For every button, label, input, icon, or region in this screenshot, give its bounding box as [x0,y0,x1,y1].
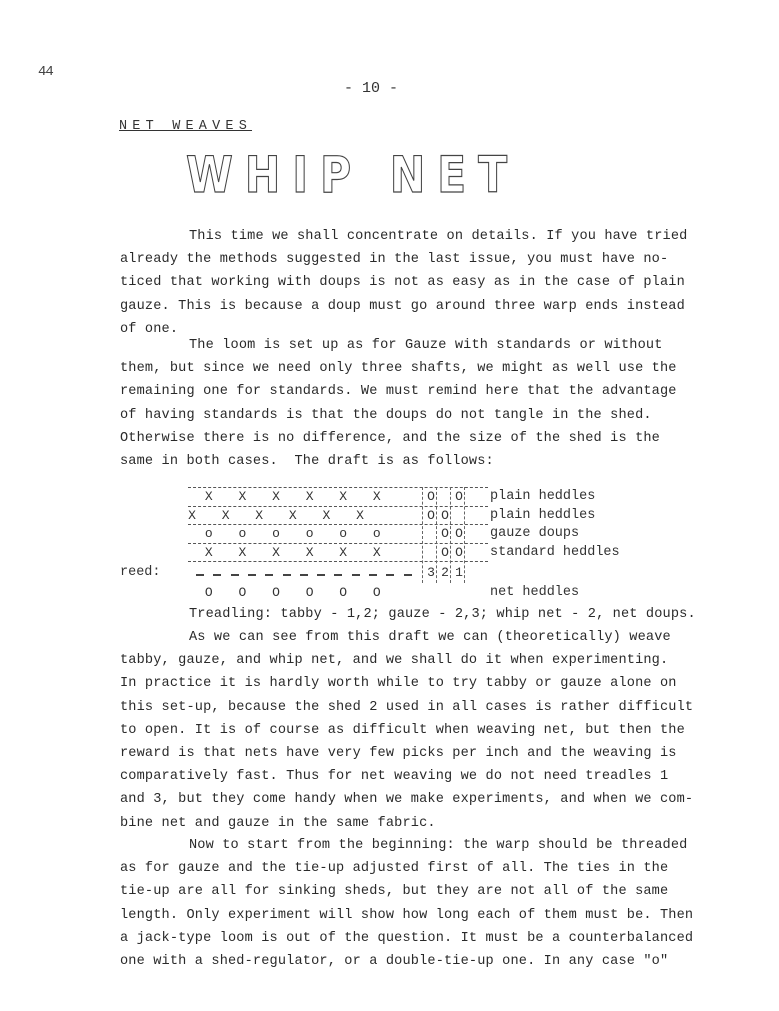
tieup-mark: O [438,526,452,541]
text-line: Now to start from the beginning: the war… [120,834,710,857]
thread-mark: X [252,508,266,523]
thread-mark: X [269,489,283,504]
tieup-mark: O [452,489,466,504]
text-line: The loom is set up as for Gauze with sta… [120,334,710,357]
reed-dent [213,574,221,576]
thread-mark: X [185,508,199,523]
thread-mark: o [202,526,216,541]
paragraph-3: As we can see from this draft we can (th… [120,626,710,835]
thread-mark: X [319,508,333,523]
reed-dent [300,574,308,576]
paragraph-2: The loom is set up as for Gauze with sta… [120,334,710,473]
section-heading: NET WEAVES [119,119,252,134]
draft-rule [188,524,488,525]
reed-dent [248,574,256,576]
reed-dent [386,574,394,576]
thread-mark: X [370,545,384,560]
text-line: to open. It is of course as difficult wh… [120,719,710,742]
tieup-mark: O [424,489,438,504]
thread-mark: X [303,489,317,504]
thread-mark: o [336,526,350,541]
net-heddle-mark: O [235,585,249,600]
thread-mark: X [370,489,384,504]
tieup-mark: O [424,508,438,523]
treadle-number: 2 [438,565,452,580]
reed-dent [283,574,291,576]
thread-mark: o [269,526,283,541]
draft-row-label: gauze doups [490,526,579,541]
reed-dent [196,574,204,576]
thread-mark: X [286,508,300,523]
reed-dent [369,574,377,576]
text-line: bine net and gauze in the same fabric. [120,812,710,835]
text-line: This time we shall concentrate on detail… [120,225,710,248]
treadle-number: 1 [452,565,466,580]
thread-mark: X [336,489,350,504]
page-number: - 10 - [344,80,398,97]
draft-rule [188,561,488,562]
text-line: already the methods suggested in the las… [120,248,710,271]
draft-rule [188,506,488,507]
net-heddle-mark: O [202,585,216,600]
draft-row-label: plain heddles [490,489,595,504]
net-heddle-mark: O [370,585,384,600]
text-line: them, but since we need only three shaft… [120,357,710,380]
text-line: same in both cases. The draft is as foll… [120,450,710,473]
text-line: as for gauze and the tie-up adjusted fir… [120,857,710,880]
article-title: WHIP NET [186,146,519,204]
reed-dent [352,574,360,576]
text-line: remaining one for standards. We must rem… [120,380,710,403]
thread-mark: X [202,545,216,560]
text-line: of having standards is that the doups do… [120,404,710,427]
net-heddle-mark: O [336,585,350,600]
text-line: gauze. This is because a doup must go ar… [120,295,710,318]
reed-dent [231,574,239,576]
text-line: this set-up, because the shed 2 used in … [120,696,710,719]
thread-mark: X [353,508,367,523]
thread-mark: X [219,508,233,523]
draft-row-label: net heddles [490,585,579,600]
treadle-number: 3 [424,565,438,580]
tieup-mark: O [438,545,452,560]
tieup-divider [422,487,423,583]
thread-mark: X [269,545,283,560]
reed-dent [334,574,342,576]
threading-draft: XXXXXXOOplain heddlesXXXXXXOOplain heddl… [120,487,680,597]
reed-dent [317,574,325,576]
thread-mark: X [235,545,249,560]
text-line: tie-up are all for sinking sheds, but th… [120,880,710,903]
text-line: length. Only experiment will show how lo… [120,904,710,927]
text-line: ticed that working with doups is not as … [120,271,710,294]
thread-mark: o [235,526,249,541]
draft-row-label: standard heddles [490,545,620,560]
text-line: As we can see from this draft we can (th… [120,626,710,649]
text-line: comparatively fast. Thus for net weaving… [120,765,710,788]
thread-mark: o [303,526,317,541]
thread-mark: o [370,526,384,541]
folio-number: 44 [38,64,53,80]
tieup-mark: O [452,545,466,560]
text-line: and 3, but they come handy when we make … [120,788,710,811]
draft-rule [188,543,488,544]
text-line: Treadling: tabby - 1,2; gauze - 2,3; whi… [120,603,710,626]
thread-mark: X [202,489,216,504]
text-line: In practice it is hardly worth while to … [120,672,710,695]
paragraph-1: This time we shall concentrate on detail… [120,225,710,341]
tieup-mark: O [452,526,466,541]
draft-rule [188,487,488,488]
text-line: Otherwise there is no difference, and th… [120,427,710,450]
text-line: tabby, gauze, and whip net, and we shall… [120,649,710,672]
thread-mark: X [303,545,317,560]
paragraph-treadling: Treadling: tabby - 1,2; gauze - 2,3; whi… [120,603,710,626]
net-heddle-mark: O [303,585,317,600]
text-line: a jack-type loom is out of the question.… [120,927,710,950]
net-heddle-mark: O [269,585,283,600]
thread-mark: X [336,545,350,560]
thread-mark: X [235,489,249,504]
reed-dent [404,574,412,576]
reed-label: reed: [120,565,161,580]
text-line: reward is that nets have very few picks … [120,742,710,765]
text-line: one with a shed-regulator, or a double-t… [120,950,710,973]
reed-dent [265,574,273,576]
draft-row-label: plain heddles [490,508,595,523]
paragraph-4: Now to start from the beginning: the war… [120,834,710,973]
tieup-mark: O [438,508,452,523]
